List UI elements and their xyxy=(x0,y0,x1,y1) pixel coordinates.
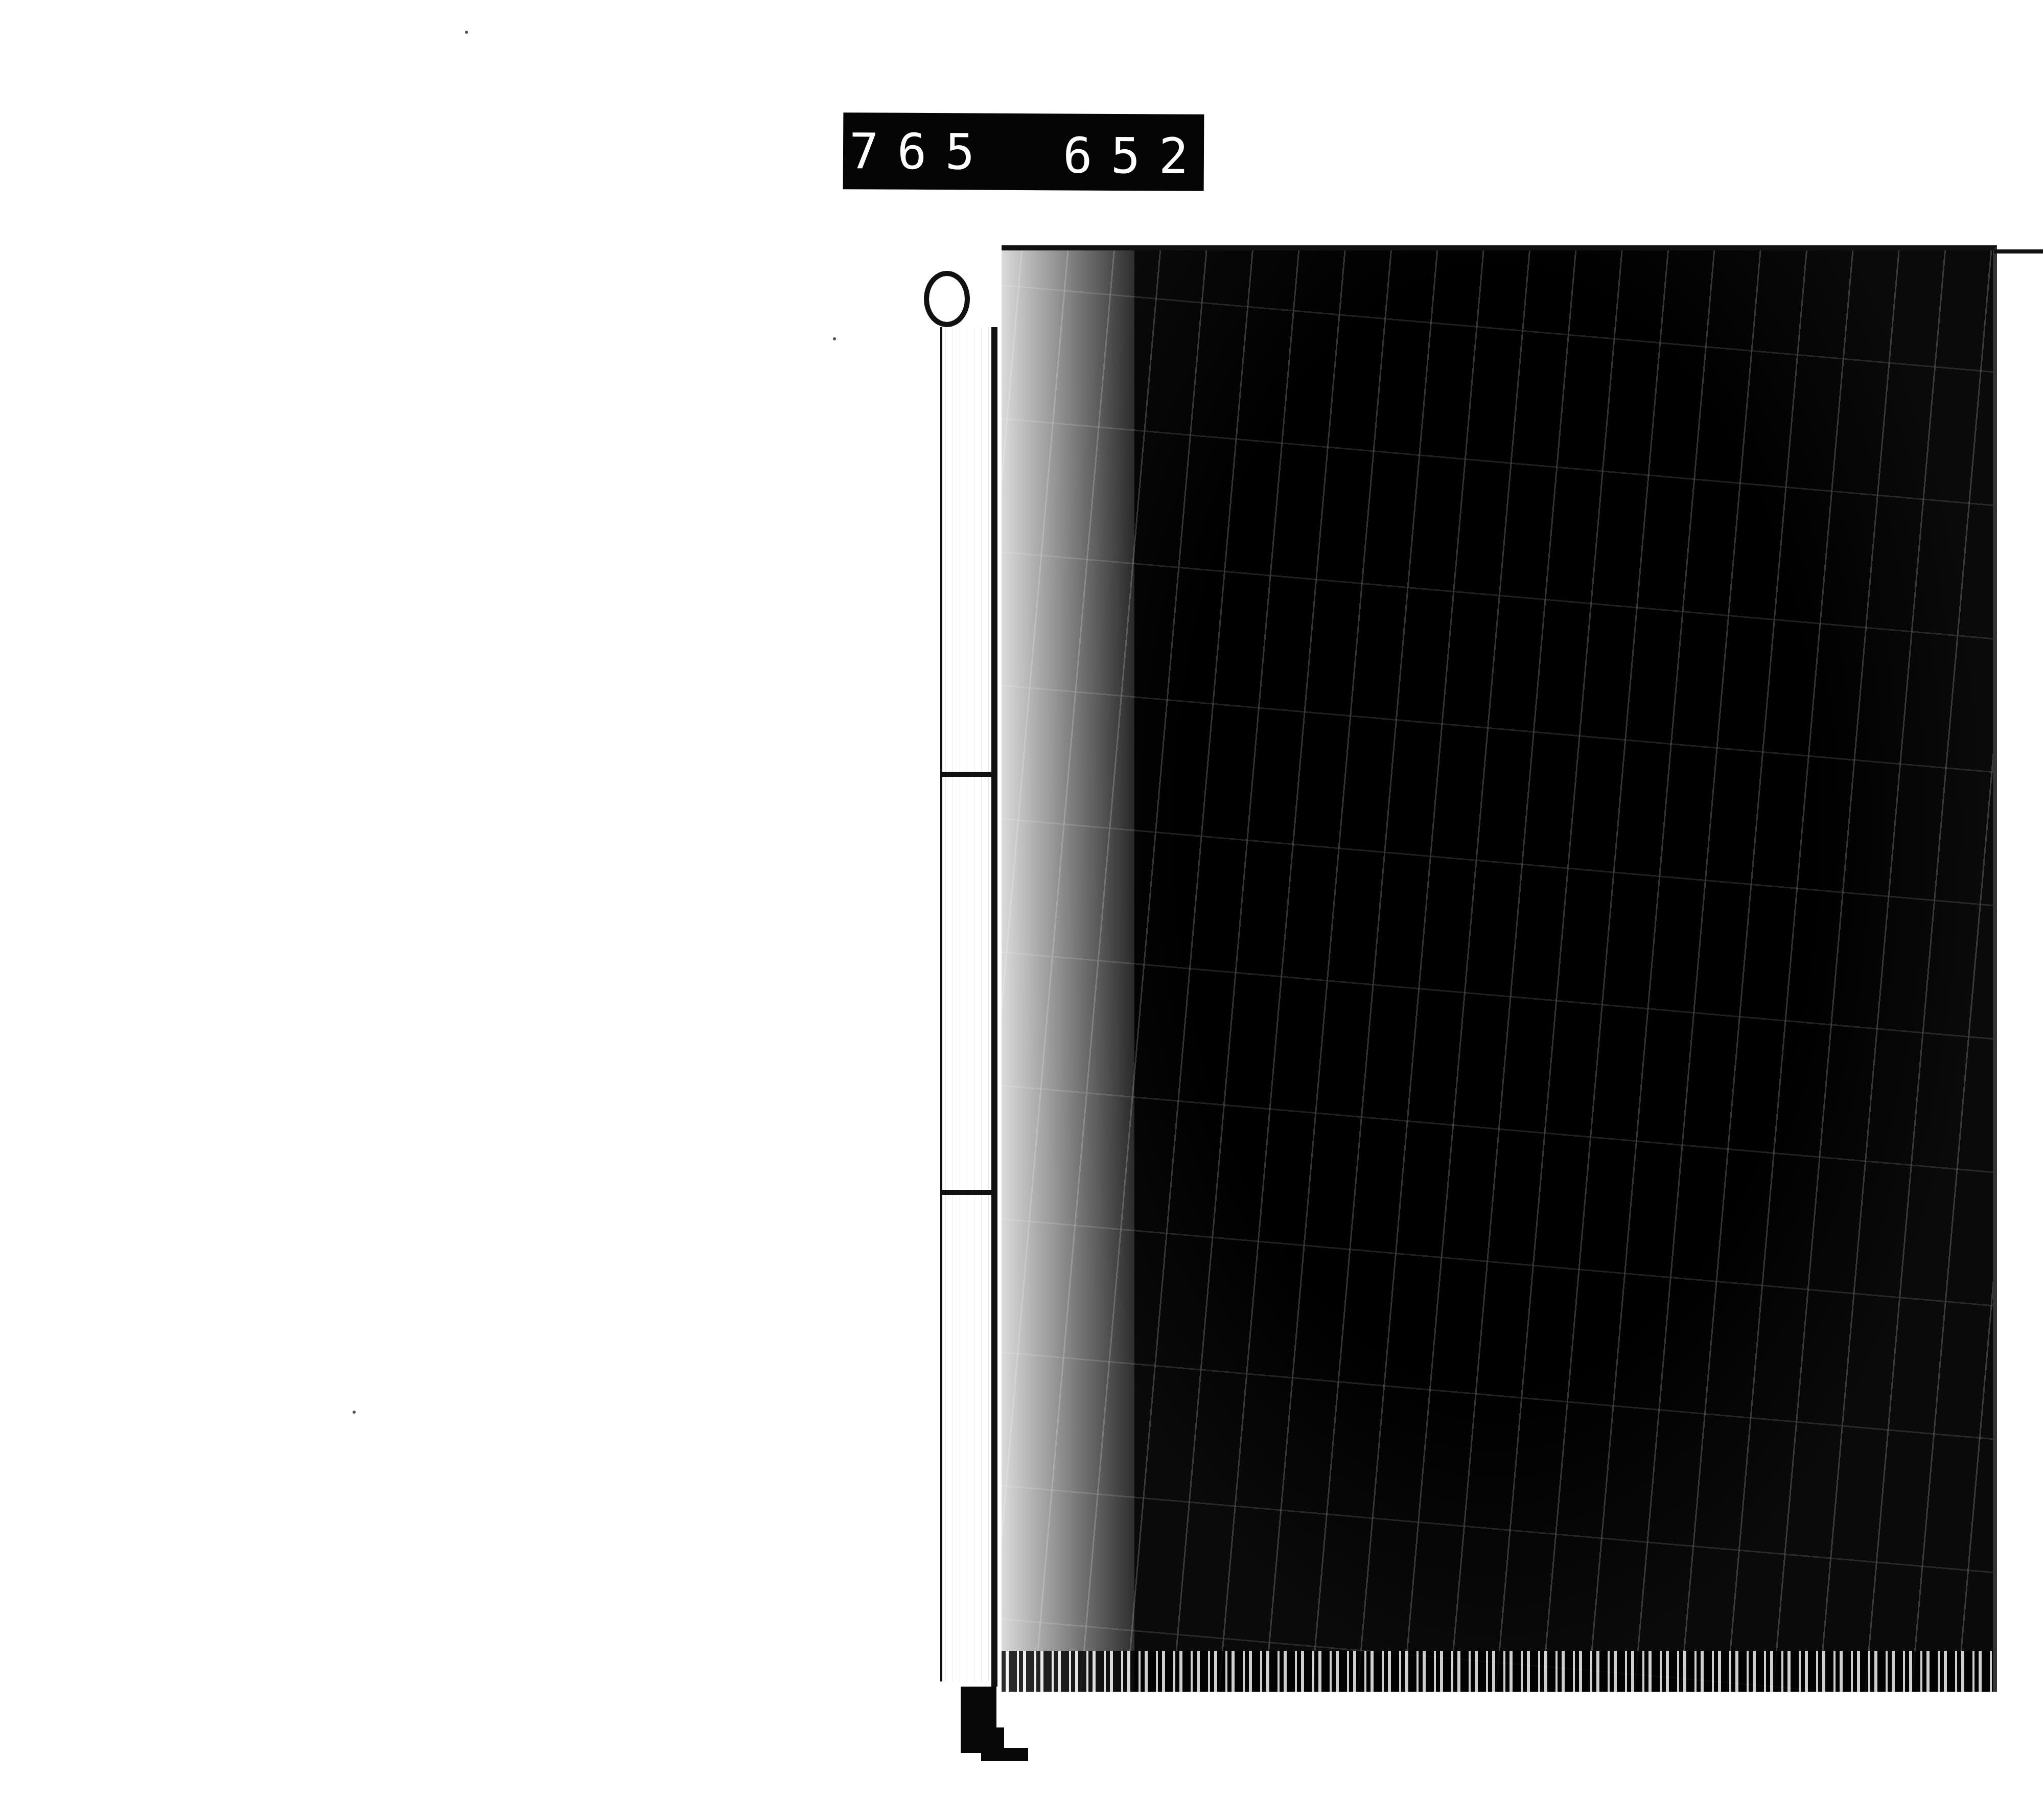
scan-speck xyxy=(465,31,468,34)
scan-speck xyxy=(833,337,836,340)
binding-tie-loop-icon xyxy=(924,271,970,327)
dark-cover-board xyxy=(1002,245,1997,1692)
worn-bottom-edge xyxy=(1002,1651,1993,1692)
spine-fold-line xyxy=(991,327,997,1687)
book-spine xyxy=(940,327,993,1681)
scan-edge-mark xyxy=(1994,249,2043,253)
scan-speck xyxy=(353,1411,356,1414)
catalog-number-left: 765 xyxy=(849,123,993,180)
binding-thread xyxy=(940,1190,996,1195)
catalog-number-label: 765 652. xyxy=(843,112,1204,191)
catalog-number-right: 652. xyxy=(1063,127,1255,185)
scan-registration-mark xyxy=(981,1748,1028,1761)
binding-thread xyxy=(940,772,996,777)
